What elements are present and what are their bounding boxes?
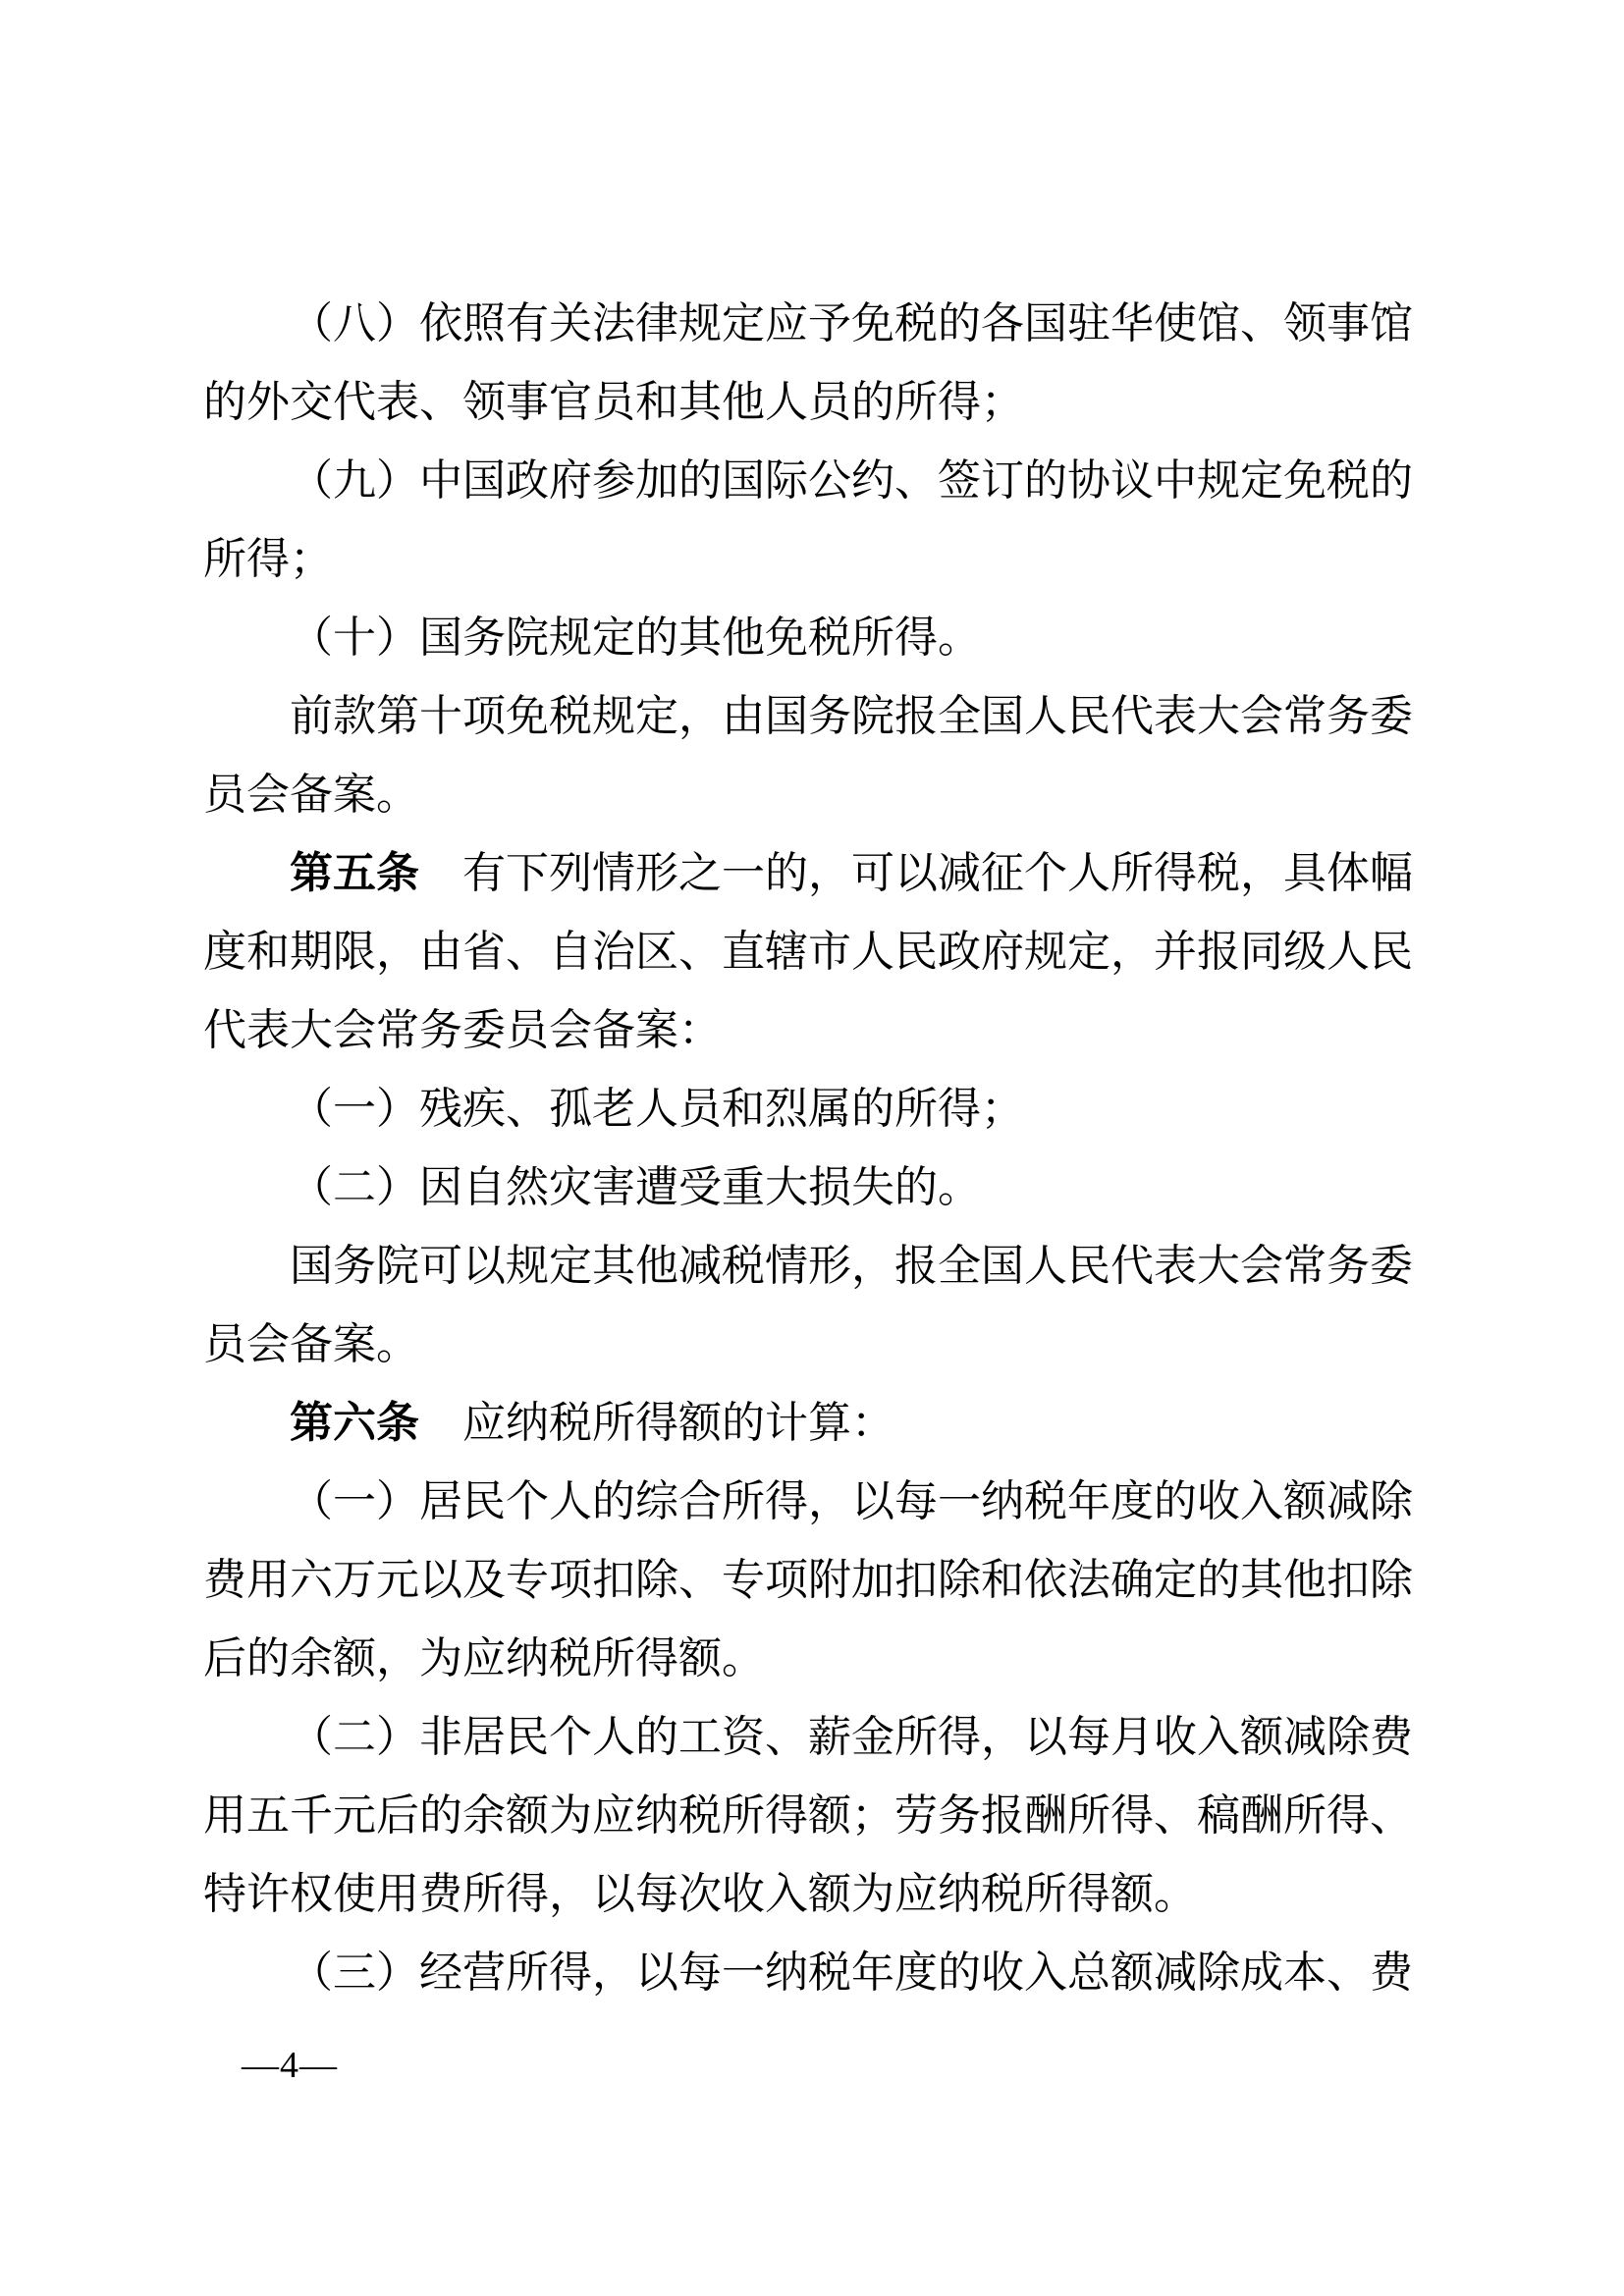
- paragraph: （十）国务院规定的其他免税所得。: [203, 599, 1413, 677]
- page-number: —4—: [242, 2045, 338, 2086]
- document-body: （八）依照有关法律规定应予免税的各国驻华使馆、领事馆的外交代表、领事官员和其他人…: [203, 285, 1413, 2012]
- paragraph: （一）残疾、孤老人员和烈属的所得；: [203, 1070, 1413, 1148]
- paragraph: （三）经营所得，以每一纳税年度的收入总额减除成本、费: [203, 1934, 1413, 2012]
- paragraph: 第六条 应纳税所得额的计算：: [203, 1384, 1413, 1463]
- text-run: （二）非居民个人的工资、薪金所得，以每月收入额减除费用五千元后的余额为应纳税所得…: [203, 1713, 1413, 1918]
- article-number: 第六条: [290, 1399, 419, 1447]
- text-run: （三）经营所得，以每一纳税年度的收入总额减除成本、费: [290, 1949, 1413, 1997]
- text-run: （一）居民个人的综合所得，以每一纳税年度的收入额减除费用六万元以及专项扣除、专项…: [203, 1477, 1413, 1682]
- article-number: 第五条: [290, 849, 419, 897]
- text-run: 国务院可以规定其他减税情形，报全国人民代表大会常务委员会备案。: [203, 1242, 1413, 1368]
- text-run: 应纳税所得额的计算：: [419, 1399, 894, 1447]
- paragraph: （二）非居民个人的工资、薪金所得，以每月收入额减除费用五千元后的余额为应纳税所得…: [203, 1698, 1413, 1934]
- text-run: （九）中国政府参加的国际公约、签订的协议中规定免税的所得；: [203, 456, 1413, 583]
- paragraph: （九）中国政府参加的国际公约、签订的协议中规定免税的所得；: [203, 442, 1413, 599]
- paragraph: （二）因自然灾害遭受重大损失的。: [203, 1148, 1413, 1227]
- text-run: （十）国务院规定的其他免税所得。: [290, 614, 981, 662]
- text-run: （八）依照有关法律规定应予免税的各国驻华使馆、领事馆的外交代表、领事官员和其他人…: [203, 299, 1413, 426]
- text-run: 前款第十项免税规定，由国务院报全国人民代表大会常务委员会备案。: [203, 692, 1413, 819]
- paragraph: （一）居民个人的综合所得，以每一纳税年度的收入额减除费用六万元以及专项扣除、专项…: [203, 1463, 1413, 1698]
- paragraph: 国务院可以规定其他减税情形，报全国人民代表大会常务委员会备案。: [203, 1227, 1413, 1384]
- paragraph: （八）依照有关法律规定应予免税的各国驻华使馆、领事馆的外交代表、领事官员和其他人…: [203, 285, 1413, 442]
- document-page: （八）依照有关法律规定应予免税的各国驻华使馆、领事馆的外交代表、领事官员和其他人…: [0, 0, 1624, 2296]
- text-run: （二）因自然灾害遭受重大损失的。: [290, 1163, 981, 1211]
- paragraph: 第五条 有下列情形之一的，可以减征个人所得税，具体幅度和期限，由省、自治区、直辖…: [203, 834, 1413, 1070]
- text-run: （一）残疾、孤老人员和烈属的所得；: [290, 1085, 1024, 1133]
- paragraph: 前款第十项免税规定，由国务院报全国人民代表大会常务委员会备案。: [203, 677, 1413, 834]
